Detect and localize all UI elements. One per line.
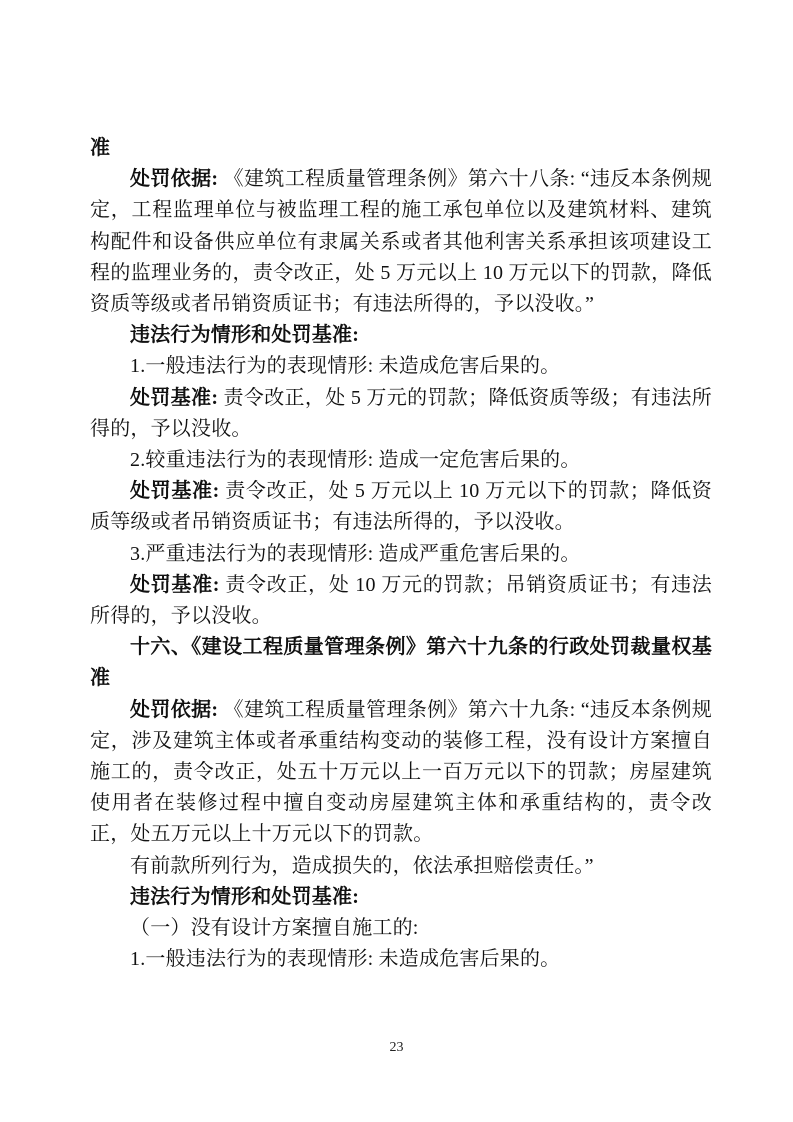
text-run: 3.严重违法行为的表现情形: 造成严重危害后果的。 bbox=[130, 543, 581, 565]
text-run: 2.较重违法行为的表现情形: 造成一定危害后果的。 bbox=[130, 449, 581, 471]
item-1-general-violation-68: 1.一般违法行为的表现情形: 未造成危害后果的。 bbox=[90, 351, 712, 382]
text-run: 《建筑工程质量管理条例》第六十八条: “违反本条例规定，工程监理单位与被监理工程… bbox=[90, 168, 712, 315]
text-run: （一）没有设计方案擅自施工的: bbox=[130, 917, 419, 939]
bold-text-run: 准 bbox=[90, 137, 110, 159]
bold-text-run: 处罚基准: bbox=[130, 480, 225, 502]
item-1-general-violation-69: 1.一般违法行为的表现情形: 未造成危害后果的。 bbox=[90, 944, 712, 975]
document-body: 准处罚依据: 《建筑工程质量管理条例》第六十八条: “违反本条例规定，工程监理单… bbox=[90, 133, 712, 975]
bold-text-run: 违法行为情形和处罚基准: bbox=[130, 324, 359, 346]
text-run: 有前款所列行为，造成损失的，依法承担赔偿责任。” bbox=[130, 855, 594, 877]
situations-and-benchmarks-heading-68: 违法行为情形和处罚基准: bbox=[90, 320, 712, 351]
heading-16-article-69: 十六、《建设工程质量管理条例》第六十九条的行政处罚裁量权基准 bbox=[90, 632, 712, 694]
compensation-clause-69: 有前款所列行为，造成损失的，依法承担赔偿责任。” bbox=[90, 851, 712, 882]
bold-text-run: 处罚基准: bbox=[130, 387, 224, 409]
document-page: 准处罚依据: 《建筑工程质量管理条例》第六十八条: “违反本条例规定，工程监理单… bbox=[0, 0, 793, 1122]
penalty-benchmark-1-68: 处罚基准: 责令改正，处 5 万元的罚款；降低资质等级；有违法所得的，予以没收。 bbox=[90, 383, 712, 445]
penalty-benchmark-3-68: 处罚基准: 责令改正，处 10 万元的罚款；吊销资质证书；有违法所得的，予以没收… bbox=[90, 570, 712, 632]
situations-and-benchmarks-heading-69: 违法行为情形和处罚基准: bbox=[90, 882, 712, 913]
bold-text-run: 处罚基准: bbox=[130, 574, 225, 596]
item-2-serious-violation-68: 2.较重违法行为的表现情形: 造成一定危害后果的。 bbox=[90, 445, 712, 476]
penalty-basis-article-68: 处罚依据: 《建筑工程质量管理条例》第六十八条: “违反本条例规定，工程监理单位… bbox=[90, 164, 712, 320]
heading-15-continuation: 准 bbox=[90, 133, 712, 164]
item-3-severe-violation-68: 3.严重违法行为的表现情形: 造成严重危害后果的。 bbox=[90, 539, 712, 570]
bold-text-run: 处罚依据: bbox=[130, 168, 224, 190]
subsection-1-no-design-plan: （一）没有设计方案擅自施工的: bbox=[90, 913, 712, 944]
penalty-basis-article-69: 处罚依据: 《建筑工程质量管理条例》第六十九条: “违反本条例规定，涉及建筑主体… bbox=[90, 695, 712, 851]
page-number: 23 bbox=[390, 1040, 404, 1055]
bold-text-run: 违法行为情形和处罚基准: bbox=[130, 886, 359, 908]
bold-text-run: 十六、《建设工程质量管理条例》第六十九条的行政处罚裁量权基准 bbox=[90, 636, 712, 689]
text-run: 1.一般违法行为的表现情形: 未造成危害后果的。 bbox=[130, 948, 560, 970]
bold-text-run: 处罚依据: bbox=[130, 699, 224, 721]
penalty-benchmark-2-68: 处罚基准: 责令改正，处 5 万元以上 10 万元以下的罚款；降低资质等级或者吊… bbox=[90, 476, 712, 538]
page-footer: 23 bbox=[0, 1038, 793, 1056]
text-run: 1.一般违法行为的表现情形: 未造成危害后果的。 bbox=[130, 355, 560, 377]
